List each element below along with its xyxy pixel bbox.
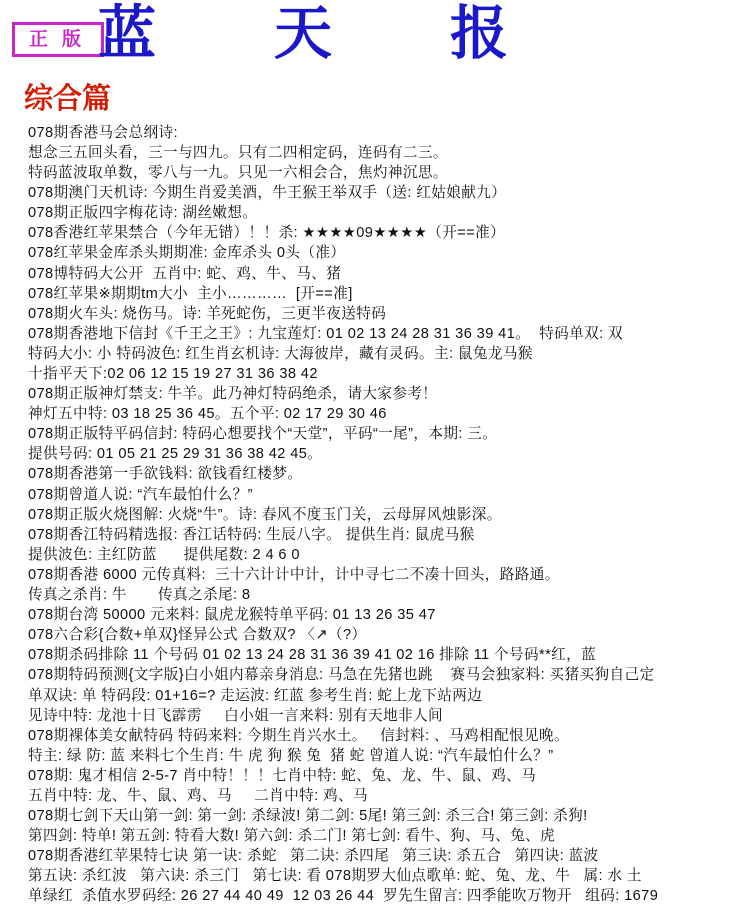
- text-line: 078期: 鬼才相信 2-5-7 肖中特！！！七肖中特: 蛇、兔、龙、牛、鼠、鸡…: [28, 766, 740, 786]
- text-line: 078期香港第一手欲钱料: 欲钱看红楼梦。: [28, 464, 740, 484]
- text-line: 特码蓝波取单数，零八与一九。只见一六相会合，焦灼神沉思。: [28, 163, 740, 183]
- text-line: 078博特码大公开 五肖中: 蛇、鸡、牛、马、猪: [28, 264, 740, 284]
- text-line: 078期正版四字梅花诗: 湖丝嫩想。: [28, 203, 740, 223]
- text-line: 特码大小: 小 特码波色: 红生肖玄机诗: 大海彼岸，藏有灵码。主: 鼠兔龙马猴: [28, 344, 740, 364]
- genuine-edition-badge: 正版: [12, 22, 104, 57]
- text-line: 078期正版火烧图解: 火烧“牛”。诗: 春风不度玉门关，云母屏风烛影深。: [28, 505, 740, 525]
- text-line: 想念三五回头看，三一与四九。只有二四相定码，连码有二三。: [28, 143, 740, 163]
- text-line: 078期台湾 50000 元来料: 鼠虎龙猴特单平码: 01 13 26 35 …: [28, 605, 740, 625]
- text-line: 传真之杀肖: 牛 传真之杀尾: 8: [28, 585, 740, 605]
- text-line: 078期杀码排除 11 个号码 01 02 13 24 28 31 36 39 …: [28, 645, 740, 665]
- text-line: 提供号码: 01 05 21 25 29 31 36 38 42 45。: [28, 444, 740, 464]
- text-line: 078期香港红苹果特七诀 第一诀: 杀蛇 第二诀: 杀四尾 第三诀: 杀五合 第…: [28, 846, 740, 866]
- header: 正版 蓝天报: [0, 0, 747, 78]
- text-line: 五肖中特: 龙、牛、鼠、鸡、马 二肖中特: 鸡、马: [28, 786, 740, 806]
- text-line: 十指平天下:02 06 12 15 19 27 31 36 38 42: [28, 364, 740, 384]
- text-line: 078期七剑下天山第一剑: 第一剑: 杀绿波! 第二剑: 5尾! 第三剑: 杀三…: [28, 806, 740, 826]
- title-char-2: 天: [274, 2, 332, 66]
- text-line: 078红苹果金库杀头期期准: 金库杀头 0头（准）: [28, 243, 740, 263]
- text-line: 提供波色: 主红防蓝 提供尾数: 2 4 6 0: [28, 545, 740, 565]
- page-title: 蓝天报: [98, 2, 508, 66]
- text-line: 078期裸体美女献特码 特码来料: 今期生肖兴水土。 信封料: 、马鸡相配恨见晚…: [28, 726, 740, 746]
- text-line: 078期香港地下信封《千王之王》: 九宝莲灯: 01 02 13 24 28 3…: [28, 324, 740, 344]
- text-line: 第五诀: 杀红波 第六诀: 杀三门 第七诀: 看 078期罗大仙点歌单: 蛇、兔…: [28, 866, 740, 886]
- text-line: 078期火车头: 烧伤马。诗: 羊死蛇伤，三更半夜送特码: [28, 304, 740, 324]
- text-line: 078期香港马会总纲诗:: [28, 123, 740, 143]
- text-line: 单绿红 杀值水罗码经: 26 27 44 40 49 12 03 26 44 罗…: [28, 886, 740, 906]
- content-lines: 078期香港马会总纲诗:想念三五回头看，三一与四九。只有二四相定码，连码有二三。…: [28, 123, 740, 907]
- text-line: 见诗中特: 龙池十日飞霹雳 白小姐一言来料: 别有天地非人间: [28, 706, 740, 726]
- text-line: 078期曾道人说: “汽车最怕什么？”: [28, 485, 740, 505]
- genuine-edition-label: 正版: [29, 29, 95, 50]
- text-line: 特主: 绿 防: 蓝 来料七个生肖: 牛 虎 狗 猴 兔 猪 蛇 曾道人说: “…: [28, 746, 740, 766]
- text-line: 078期特码预测{文字版}白小姐内幕亲身消息: 马急在先猪也跳 赛马会独家料: …: [28, 665, 740, 685]
- section-title: 综合篇: [24, 84, 747, 116]
- text-line: 078红苹果※期期tm大小 主小………… [开==准]: [28, 284, 740, 304]
- text-line: 单双诀: 单 特码段: 01+16=? 走运波: 红蓝 参考生肖: 蛇上龙下站两…: [28, 686, 740, 706]
- text-line: 第四剑: 特单! 第五剑: 特看大数! 第六剑: 杀二门! 第七剑: 看牛、狗、…: [28, 826, 740, 846]
- text-line: 078期正版神灯禁支: 牛羊。此乃神灯特码绝杀，请大家参考！: [28, 384, 740, 404]
- text-line: 078期香江特码精选报: 香江话特码: 生辰八字。 提供生肖: 鼠虎马猴: [28, 525, 740, 545]
- text-line: 神灯五中特: 03 18 25 36 45。五个平: 02 17 29 30 4…: [28, 404, 740, 424]
- text-line: 078期香港 6000 元传真料: 三十六计计中计，计中寻七二不凑十回头，路路通…: [28, 565, 740, 585]
- text-line: 078期正版特平码信封: 特码心想要找个“天堂”，平码“一尾”，本期: 三。: [28, 424, 740, 444]
- title-char-3: 报: [450, 2, 508, 66]
- lantian-report-page: 正版 蓝天报 综合篇 078期香港马会总纲诗:想念三五回头看，三一与四九。只有二…: [0, 0, 747, 913]
- text-line: 078香港红苹果禁合（今年无错）！！杀: ★★★★09★★★★（开==准）: [28, 223, 740, 243]
- title-char-1: 蓝: [98, 2, 156, 66]
- text-line: 078六合彩{合数+单双}怪异公式 合数双? 〈↗（?）: [28, 625, 740, 645]
- text-line: 078期澳门天机诗: 今期生肖爱美酒，牛王猴王举双手（送: 红姑娘献九）: [28, 183, 740, 203]
